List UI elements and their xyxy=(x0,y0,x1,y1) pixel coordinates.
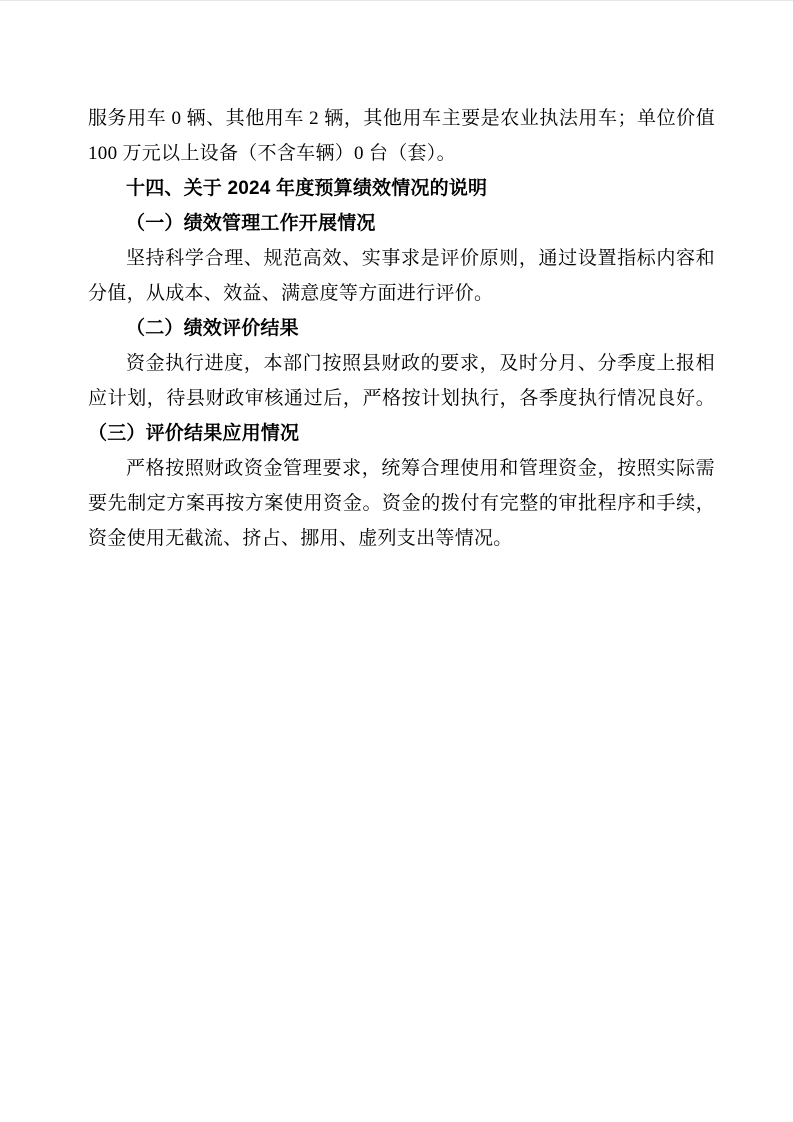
body-paragraph-line: 要先制定方案再按方案使用资金。资金的拨付有完整的审批程序和手续， xyxy=(88,486,715,521)
page: 服务用车 0 辆、其他用车 2 辆，其他用车主要是农业执法用车；单位价值100 … xyxy=(0,1,793,1122)
subsection-heading-line: （二）绩效评价结果 xyxy=(88,311,715,346)
body-paragraph-line: 坚持科学合理、规范高效、实事求是评价原则，通过设置指标内容和 xyxy=(88,241,715,276)
body-paragraph-line: 资金执行进度，本部门按照县财政的要求，及时分月、分季度上报相 xyxy=(88,346,715,381)
document-content: 服务用车 0 辆、其他用车 2 辆，其他用车主要是农业执法用车；单位价值100 … xyxy=(88,101,715,556)
body-paragraph-line: 资金使用无截流、挤占、挪用、虚列支出等情况。 xyxy=(88,521,715,556)
subsection-heading-line: （一）绩效管理工作开展情况 xyxy=(88,206,715,241)
body-paragraph-line: 分值，从成本、效益、满意度等方面进行评价。 xyxy=(88,276,715,311)
body-paragraph-continuation-line: 100 万元以上设备（不含车辆）0 台（套）。 xyxy=(88,136,715,171)
body-paragraph-line: 应计划，待县财政审核通过后，严格按计划执行，各季度执行情况良好。 xyxy=(88,381,715,416)
body-paragraph-continuation-line: 服务用车 0 辆、其他用车 2 辆，其他用车主要是农业执法用车；单位价值 xyxy=(88,101,715,136)
body-paragraph-line: 严格按照财政资金管理要求，统筹合理使用和管理资金，按照实际需 xyxy=(88,451,715,486)
subsection-heading-line: （三）评价结果应用情况 xyxy=(88,416,715,451)
section-heading-line: 十四、关于 2024 年度预算绩效情况的说明 xyxy=(88,171,715,206)
document-page: { "page": { "background_color": "#ffffff… xyxy=(0,0,793,1122)
